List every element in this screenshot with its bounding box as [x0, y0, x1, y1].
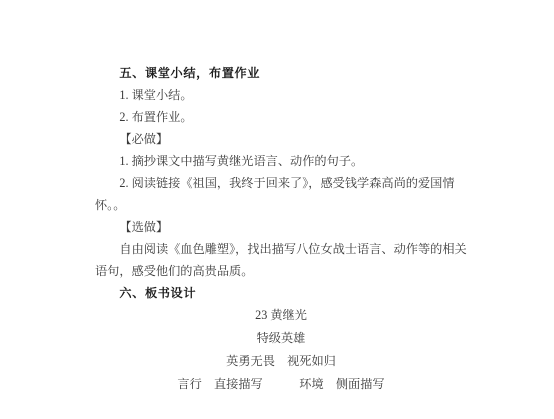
document-page: 五、课堂小结，布置作业 1. 课堂小结。 2. 布置作业。 【必做】 1. 摘抄…: [0, 0, 554, 419]
summary-item-2: 2. 布置作业。: [95, 106, 467, 128]
document-content: 五、课堂小结，布置作业 1. 课堂小结。 2. 布置作业。 【必做】 1. 摘抄…: [95, 62, 467, 396]
homework-required-label: 【必做】: [95, 128, 467, 150]
homework-optional-label: 【选做】: [95, 216, 467, 238]
section-six-heading: 六、板书设计: [95, 282, 467, 304]
section-five-heading: 五、课堂小结，布置作业: [95, 62, 467, 84]
board-qualities: 英勇无畏 视死如归: [95, 350, 467, 373]
homework-optional-item-1: 自由阅读《血色雕塑》，找出描写八位女战士语言、动作等的相关语句，感受他们的高贵品…: [95, 238, 467, 282]
board-design: 23 黄继光 特级英雄 英勇无畏 视死如归 言行 直接描写 环境 侧面描写: [95, 304, 467, 396]
board-title: 23 黄继光: [95, 304, 467, 327]
homework-required-item-2: 2. 阅读链接《祖国，我终于回来了》，感受钱学森高尚的爱国情怀。。: [95, 172, 467, 216]
homework-required-item-1: 1. 摘抄课文中描写黄继光语言、动作的句子。: [95, 150, 467, 172]
board-methods: 言行 直接描写 环境 侧面描写: [95, 373, 467, 396]
board-subtitle: 特级英雄: [95, 327, 467, 350]
summary-item-1: 1. 课堂小结。: [95, 84, 467, 106]
